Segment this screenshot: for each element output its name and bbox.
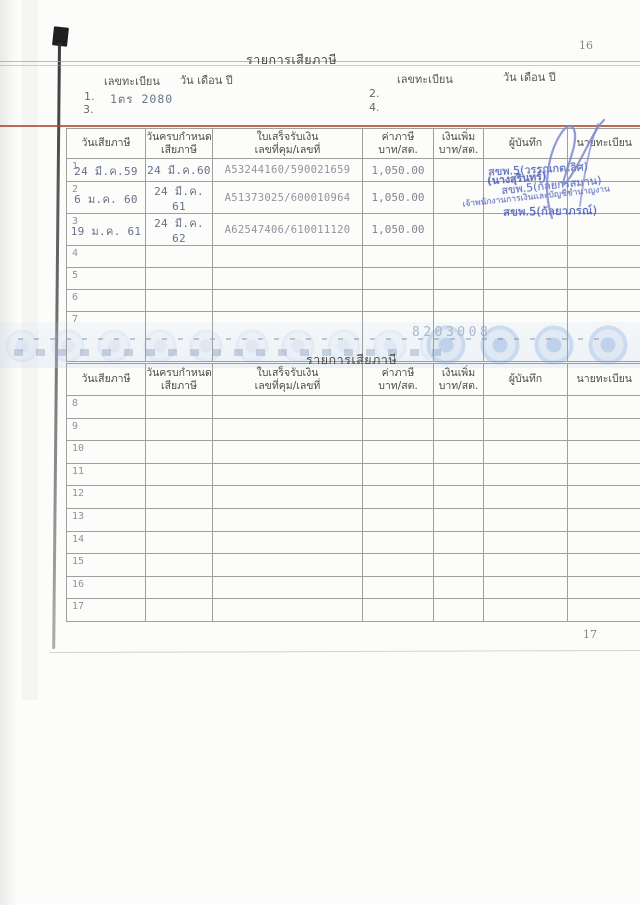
cell-empty	[434, 463, 484, 486]
cell-empty	[363, 463, 434, 486]
label-registration-right: เลขทะเบียน	[397, 70, 453, 88]
cell-empty	[146, 599, 213, 622]
header-text: ใบเสร็จรับเงิน	[257, 131, 319, 143]
cell-empty	[484, 554, 568, 577]
label-date-right: วัน เดือน ปี	[503, 68, 556, 86]
cell-empty	[146, 441, 213, 464]
table-row: 15	[67, 554, 640, 577]
cell-empty	[484, 246, 568, 268]
row-number: 11	[72, 466, 84, 477]
row-number: 2	[72, 184, 78, 195]
header-text: ค่าภาษี	[382, 131, 415, 143]
cell-empty	[484, 463, 568, 486]
cell-empty	[213, 396, 363, 419]
header-surcharge: เงินเพิ่มบาท/สต.	[434, 129, 484, 159]
cell-empty	[568, 508, 640, 531]
table-row: 13	[67, 508, 640, 531]
cell-empty	[146, 418, 213, 441]
cell-tax-date: 17	[67, 599, 146, 622]
row-number: 14	[72, 534, 84, 545]
due-date-value: 24 มี.ค. 62	[146, 214, 213, 246]
cell-empty	[484, 441, 568, 464]
table-row: 10	[67, 441, 640, 464]
cell-surcharge	[434, 214, 484, 246]
cell-empty	[363, 508, 434, 531]
cell-surcharge	[434, 159, 484, 182]
cell-tax-date: 8	[67, 396, 146, 419]
cell-empty	[434, 508, 484, 531]
cell-empty	[434, 246, 484, 268]
cell-empty	[484, 312, 568, 362]
header-due-date: วันครบกำหนดเสียภาษี	[146, 129, 213, 159]
cell-empty	[568, 418, 640, 441]
table-row: 8	[67, 396, 640, 419]
header-text: ผู้บันทึก	[509, 373, 542, 385]
bottom-scan-line	[50, 650, 640, 653]
header-registrar: นายทะเบียน	[568, 364, 640, 396]
row-number: 5	[72, 270, 78, 281]
header-text: เสียภาษี	[161, 144, 197, 156]
cell-tax-date: 13	[67, 508, 146, 531]
header-text: นายทะเบียน	[577, 373, 632, 385]
entry-4-number: 4.	[369, 101, 380, 114]
tax-table-2: วันเสียภาษี วันครบกำหนดเสียภาษี ใบเสร็จร…	[66, 363, 640, 622]
table-row: 5	[67, 268, 640, 290]
tax-date-value: 19 ม.ค. 61	[71, 225, 142, 238]
cell-empty	[363, 599, 434, 622]
cell-empty	[484, 599, 568, 622]
cell-empty	[568, 531, 640, 554]
receipt-value: A51373025/600010964	[213, 182, 363, 214]
tax-amount-value: 1,050.00	[363, 182, 434, 214]
cell-empty	[484, 268, 568, 290]
row-number: 15	[72, 556, 84, 567]
cell-empty	[146, 246, 213, 268]
cell-empty	[146, 290, 213, 312]
cell-empty	[434, 290, 484, 312]
header-text: บาท/สต.	[439, 144, 479, 156]
row-number: 6	[72, 292, 78, 303]
header-text: วันครบกำหนด	[146, 367, 212, 379]
cell-empty	[434, 554, 484, 577]
cell-empty	[146, 554, 213, 577]
cell-empty	[568, 246, 640, 268]
table-row: 11	[67, 463, 640, 486]
header-receipt: ใบเสร็จรับเงินเลขที่คุม/เลขที่	[213, 129, 363, 159]
cell-empty	[146, 268, 213, 290]
scanned-tax-record-page: 16 17 รายการเสียภาษี เลขทะเบียน วัน เดือ…	[0, 0, 640, 905]
header-due-date: วันครบกำหนดเสียภาษี	[146, 364, 213, 396]
cell-empty	[434, 486, 484, 509]
row-number: 9	[72, 421, 78, 432]
cell-empty	[568, 554, 640, 577]
cell-empty	[146, 486, 213, 509]
cell-tax-date: 7	[67, 312, 146, 362]
header-surcharge: เงินเพิ่มบาท/สต.	[434, 364, 484, 396]
cell-empty	[213, 290, 363, 312]
cell-empty	[484, 531, 568, 554]
header-text: เสียภาษี	[161, 380, 197, 392]
entry-1-number: 1.	[84, 90, 95, 103]
cell-empty	[146, 463, 213, 486]
header-text: เลขที่คุม/เลขที่	[255, 380, 321, 392]
cell-empty	[484, 576, 568, 599]
cell-empty	[146, 576, 213, 599]
header-text: วันเสียภาษี	[82, 137, 131, 149]
cell-empty	[363, 441, 434, 464]
cell-empty	[146, 508, 213, 531]
cell-tax-date: 5	[67, 268, 146, 290]
cell-empty	[213, 508, 363, 531]
tax-amount-value: 1,050.00	[363, 159, 434, 182]
table-row: 6	[67, 290, 640, 312]
cell-empty	[213, 268, 363, 290]
cell-empty	[568, 463, 640, 486]
due-date-value: 24 มี.ค.60	[146, 159, 213, 182]
cell-tax-date: 14	[67, 531, 146, 554]
cell-tax-date: 6	[67, 290, 146, 312]
cell-tax-date: 16	[67, 576, 146, 599]
cell-empty	[363, 246, 434, 268]
header-tax-amount: ค่าภาษีบาท/สต.	[363, 129, 434, 159]
cell-empty	[568, 290, 640, 312]
entry-2-number: 2.	[369, 87, 380, 100]
cell-empty	[568, 599, 640, 622]
table-row: 9	[67, 418, 640, 441]
cell-empty	[484, 290, 568, 312]
tax-date-value: 24 มี.ค.59	[74, 165, 138, 178]
cell-tax-date: 11	[67, 463, 146, 486]
cell-empty	[434, 599, 484, 622]
header-text: บาท/สต.	[439, 380, 479, 392]
cell-empty	[434, 441, 484, 464]
registrar-signature	[538, 116, 620, 222]
header-text: เลขที่คุม/เลขที่	[255, 144, 321, 156]
cell-empty	[434, 576, 484, 599]
row-number: 7	[72, 314, 78, 325]
label-registration-left: เลขทะเบียน	[104, 72, 160, 90]
tax-amount-value: 1,050.00	[363, 214, 434, 246]
cell-empty	[434, 268, 484, 290]
header-text: วันครบกำหนด	[146, 131, 212, 143]
cell-empty	[363, 290, 434, 312]
cell-empty	[568, 441, 640, 464]
cell-empty	[363, 418, 434, 441]
cell-empty	[146, 396, 213, 419]
header-tax-date: วันเสียภาษี	[67, 129, 146, 159]
cell-empty	[363, 576, 434, 599]
cell-empty	[568, 312, 640, 362]
header-text: เงินเพิ่ม	[442, 131, 475, 143]
cell-empty	[484, 486, 568, 509]
header-text: บาท/สต.	[378, 144, 418, 156]
cell-empty	[568, 486, 640, 509]
cell-empty	[363, 486, 434, 509]
cell-tax-date: 26 ม.ค. 60	[67, 182, 146, 214]
table-row: 17	[67, 599, 640, 622]
entry-3-number: 3.	[83, 103, 94, 116]
header-tax-date: วันเสียภาษี	[67, 364, 146, 396]
header-recorder: ผู้บันทึก	[484, 364, 568, 396]
cell-empty	[213, 486, 363, 509]
cell-tax-date: 124 มี.ค.59	[67, 159, 146, 182]
row-number: 4	[72, 248, 78, 259]
cell-tax-date: 10	[67, 441, 146, 464]
cell-empty	[484, 508, 568, 531]
header-text: วันเสียภาษี	[82, 373, 131, 385]
label-date-left: วัน เดือน ปี	[180, 71, 233, 89]
row-number: 12	[72, 488, 84, 499]
cell-empty	[363, 396, 434, 419]
section2-title: รายการเสียภาษี	[306, 350, 397, 370]
row-number: 3	[72, 216, 78, 227]
cell-empty	[213, 576, 363, 599]
cell-empty	[363, 268, 434, 290]
entry-1-plate: 1ตร 2080	[110, 91, 173, 109]
page-number-bottom: 17	[583, 628, 597, 641]
cell-empty	[213, 599, 363, 622]
cell-empty	[434, 531, 484, 554]
receipt-value: A62547406/610011120	[213, 214, 363, 246]
cell-tax-date: 9	[67, 418, 146, 441]
cell-empty	[484, 396, 568, 419]
cell-empty	[213, 441, 363, 464]
cell-empty	[484, 418, 568, 441]
tax-date-value: 6 ม.ค. 60	[74, 193, 138, 206]
header-text: เงินเพิ่ม	[442, 367, 475, 379]
section1-title: รายการเสียภาษี	[246, 50, 337, 70]
cell-empty	[213, 418, 363, 441]
cell-empty	[363, 531, 434, 554]
cell-empty	[213, 554, 363, 577]
cell-empty	[434, 312, 484, 362]
cell-empty	[213, 463, 363, 486]
row-number: 13	[72, 511, 84, 522]
cell-empty	[213, 531, 363, 554]
cell-empty	[363, 554, 434, 577]
cell-tax-date: 12	[67, 486, 146, 509]
cell-empty	[568, 396, 640, 419]
row-number: 1	[72, 161, 78, 172]
cell-tax-date: 319 ม.ค. 61	[67, 214, 146, 246]
cell-empty	[434, 418, 484, 441]
cell-empty	[146, 312, 213, 362]
cell-empty	[568, 268, 640, 290]
cell-empty	[146, 531, 213, 554]
cell-tax-date: 4	[67, 246, 146, 268]
row-number: 17	[72, 601, 84, 612]
table-row: 14	[67, 531, 640, 554]
table-row: 12	[67, 486, 640, 509]
row-number: 8	[72, 398, 78, 409]
row-number: 16	[72, 579, 84, 590]
receipt-value: A53244160/590021659	[213, 159, 363, 182]
table-row: 16	[67, 576, 640, 599]
row-number: 10	[72, 443, 84, 454]
due-date-value: 24 มี.ค. 61	[146, 182, 213, 214]
page-number-top: 16	[579, 39, 593, 52]
header-text: บาท/สต.	[378, 380, 418, 392]
cell-empty	[568, 576, 640, 599]
table-row: 4	[67, 246, 640, 268]
cell-tax-date: 15	[67, 554, 146, 577]
cell-empty	[434, 396, 484, 419]
cell-empty	[213, 246, 363, 268]
scan-edge-shadow	[0, 0, 18, 905]
